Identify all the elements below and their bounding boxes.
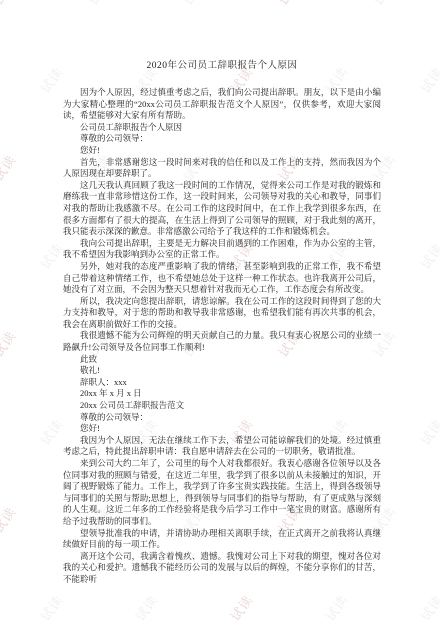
paragraph: 首先，非常感谢您这一段时间来对我的信任和以及工作上的支持，然而我因为个人原因现在…	[63, 157, 381, 180]
paragraph: 尊敬的公司领导：	[63, 133, 381, 145]
paragraph: 这几天我认真回顾了我这一段时间的工作情况，觉得来公司工作是对我的锻炼和磨练我一直…	[63, 180, 381, 238]
watermark-text: 试读	[0, 503, 20, 537]
paragraph: 另外，她对我的态度严重影响了我的情绪，甚至影响到我的正常工作，我不希望自己带着这…	[63, 261, 381, 296]
watermark-text: 试读	[0, 0, 20, 8]
paragraph: 敬礼!	[63, 365, 381, 377]
paragraph: 辞职人：xxx	[63, 377, 381, 389]
watermark-text: 试读	[35, 591, 67, 620]
document-content: 2020年公司员工辞职报告个人原因 因为个人原因，经过慎重考虑之后，我们向公司提…	[63, 0, 381, 586]
paragraph: 来到公司大约二年了，公司里的每个人对我都很好。我衷心感谢各位领导以及各位同事对我…	[63, 458, 381, 528]
watermark-text: 试读	[415, 591, 440, 620]
watermark-text: 试读	[415, 415, 440, 449]
watermark-text: 试读	[130, 591, 162, 620]
watermark-text: 试读	[415, 239, 440, 273]
paragraph: 因为个人原因，经过慎重考虑之后，我们向公司提出辞职。朋友，以下是由小编为大家精心…	[63, 87, 381, 122]
paragraph: 20xx 公司员工辞职报告范文	[63, 400, 381, 412]
paragraph: 我因为个人原因，无法在继续工作下去，希望公司能谅解我们的处境。经过慎重考虑之后，…	[63, 435, 381, 458]
paragraph: 我向公司提出辞职，主要是无力解决目前遇到的工作困难，作为办公室的主管，我不希望因…	[63, 238, 381, 261]
watermark-text: 试读	[415, 63, 440, 97]
paragraph: 尊敬的公司领导：	[63, 412, 381, 424]
paragraph: 所以，我决定向您提出辞职，请您谅解。我在公司工作的这段时间得到了您的大力支持和教…	[63, 296, 381, 331]
paragraph: 离开这个公司，我满含着愧疚、遗憾。我愧对公司上下对我的期望，愧对各位对我的关心和…	[63, 551, 381, 586]
paragraph: 我很遗憾不能为公司辉煌的明天贡献自己的力量。我只有衷心祝愿公司的业绩一路飙升!公…	[63, 330, 381, 353]
watermark-text: 试读	[320, 591, 352, 620]
paragraph: 公司员工辞职报告个人原因	[63, 122, 381, 134]
watermark-text: 试读	[225, 591, 257, 620]
paragraph: 您好!	[63, 145, 381, 157]
paragraph: 望领导批准我的申请，并请协助办理相关离职手续，在正式离开之前我将认真继续做好目前…	[63, 528, 381, 551]
document-body: 因为个人原因，经过慎重考虑之后，我们向公司提出辞职。朋友，以下是由小编为大家精心…	[63, 87, 381, 586]
paragraph: 此致	[63, 354, 381, 366]
watermark-text: 试读	[0, 151, 20, 185]
paragraph: 您好!	[63, 423, 381, 435]
watermark-text: 试读	[0, 327, 20, 361]
document-title: 2020年公司员工辞职报告个人原因	[63, 0, 381, 71]
document-page: 试读试读试读试读试读试读试读试读试读试读试读试读试读试读试读试读试读试读试读试读…	[0, 0, 440, 620]
paragraph: 20xx 年 x 月 x 日	[63, 388, 381, 400]
